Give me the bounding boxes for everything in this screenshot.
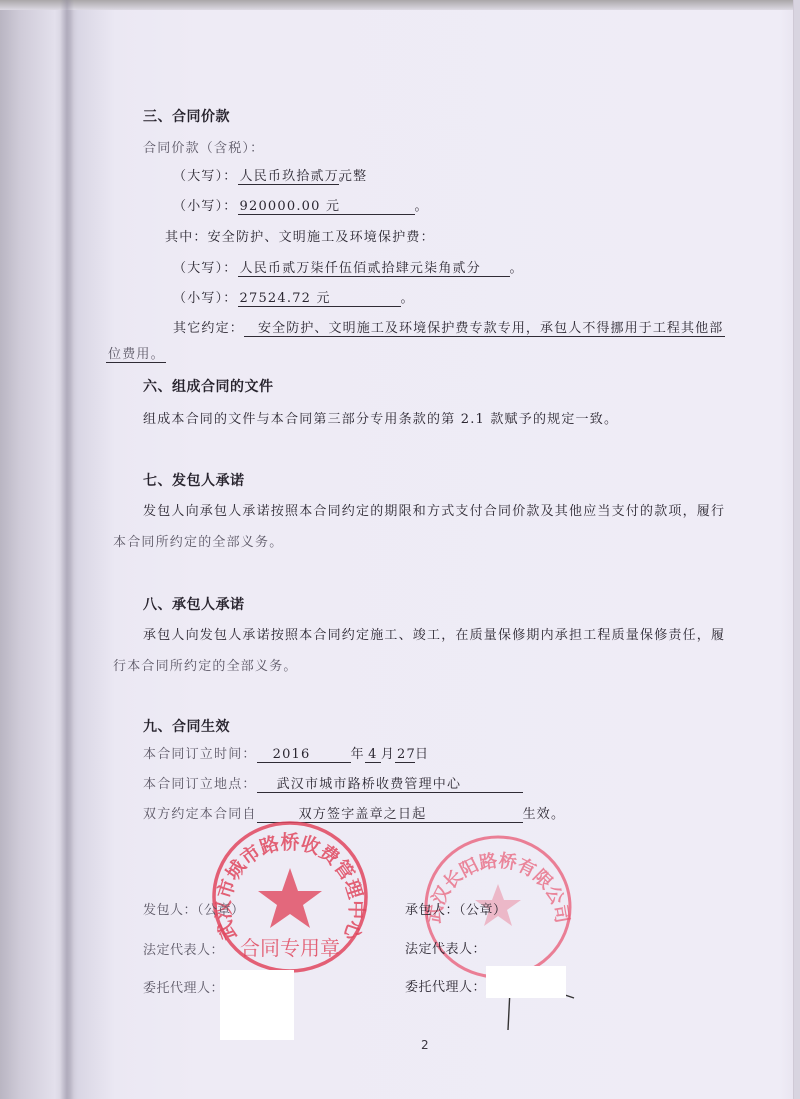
sign-year: 2016 — [257, 747, 351, 763]
sign-place-label: 本合同订立地点： — [143, 777, 257, 792]
other-agreement-value: 安全防护、文明施工及环境保护费专款专用，承包人不得挪用于工程其他部 — [244, 321, 725, 337]
page-number: 2 — [421, 1038, 429, 1052]
safety-lower-row: （小写）：27524.72 元。 — [173, 287, 415, 307]
section8-body-line1: 承包人向发包人承诺按照本合同约定施工、竣工，在质量保修期内承担工程质量保修责任，… — [143, 624, 725, 643]
period: 。 — [339, 169, 353, 184]
price-lower-value: 920000.00 元 — [238, 199, 415, 215]
sign-date-row: 本合同订立时间：2016年4月27日 — [143, 743, 429, 763]
section7-body-line1: 发包人向承包人承诺按照本合同约定的期限和方式支付合同价款及其他应当支付的款项，履… — [143, 500, 725, 519]
safety-fee-label: 其中：安全防护、文明施工及环境保护费： — [165, 226, 435, 245]
contractor-seal-label: 承包人：（公章） — [405, 899, 507, 918]
price-upper-value: 人民币玖拾贰万元整 — [238, 169, 339, 185]
page-right-edge — [793, 0, 800, 1099]
employer-agent-label: 委托代理人： — [143, 977, 224, 996]
period: 。 — [415, 199, 429, 214]
price-lower-row: （小写）：920000.00 元。 — [173, 195, 429, 215]
svg-text:合同专用章: 合同专用章 — [240, 936, 340, 960]
period: 。 — [510, 261, 524, 276]
contractor-legal-rep-label: 法定代表人： — [405, 938, 486, 957]
price-label: 合同价款（含税）： — [143, 137, 264, 156]
section3-heading: 三、合同价款 — [143, 106, 230, 126]
sign-place-row: 本合同订立地点：武汉市城市路桥收费管理中心 — [143, 773, 523, 793]
period: 。 — [401, 291, 415, 306]
price-upper-row: （大写）：人民币玖拾贰万元整。 — [173, 165, 353, 185]
sign-day: 27 — [395, 747, 415, 763]
section6-heading: 六、组成合同的文件 — [143, 376, 274, 396]
safety-upper-value: 人民币贰万柒仟伍佰贰拾肆元柒角贰分 — [238, 261, 510, 277]
sign-place-value: 武汉市城市路桥收费管理中心 — [257, 777, 523, 793]
section8-body-line2: 行本合同所约定的全部义务。 — [113, 655, 298, 674]
effective-suffix: 生效。 — [523, 807, 566, 822]
section7-body-line2: 本合同所约定的全部义务。 — [113, 531, 283, 550]
price-upper-label: （大写）： — [173, 169, 238, 184]
sign-month: 4 — [365, 747, 381, 763]
other-agreement-line2: 位费用。 — [106, 347, 166, 363]
safety-lower-value: 27524.72 元 — [238, 291, 401, 307]
other-agreement-row: 其它约定：安全防护、文明施工及环境保护费专款专用，承包人不得挪用于工程其他部 — [173, 317, 725, 337]
employer-seal-label: 发包人：（公章） — [143, 899, 245, 918]
scan-top-strip — [0, 0, 800, 10]
section6-body: 组成本合同的文件与本合同第三部分专用条款的第 2.1 款赋予的规定一致。 — [143, 408, 618, 427]
redacted-contractor-agent — [486, 966, 566, 998]
section9-heading: 九、合同生效 — [143, 716, 230, 736]
safety-upper-row: （大写）：人民币贰万柒仟伍佰贰拾肆元柒角贰分。 — [173, 257, 524, 277]
safety-lower-label: （小写）： — [173, 291, 238, 306]
other-agreement-label: 其它约定： — [173, 321, 244, 336]
sign-date-label: 本合同订立时间： — [143, 747, 257, 762]
binding-fold-shadow — [60, 0, 74, 1099]
scanned-page: 三、合同价款 合同价款（含税）： （大写）：人民币玖拾贰万元整。 （小写）：92… — [0, 0, 800, 1099]
price-lower-label: （小写）： — [173, 199, 238, 214]
section8-heading: 八、承包人承诺 — [143, 594, 245, 614]
employer-legal-rep-label: 法定代表人： — [143, 939, 224, 958]
section7-heading: 七、发包人承诺 — [143, 470, 245, 490]
safety-upper-label: （大写）： — [173, 261, 238, 276]
redacted-employer-agent — [220, 970, 294, 1040]
employer-contract-seal: 武汉市城市路桥收费管理中心 合同专用章 — [204, 818, 376, 976]
